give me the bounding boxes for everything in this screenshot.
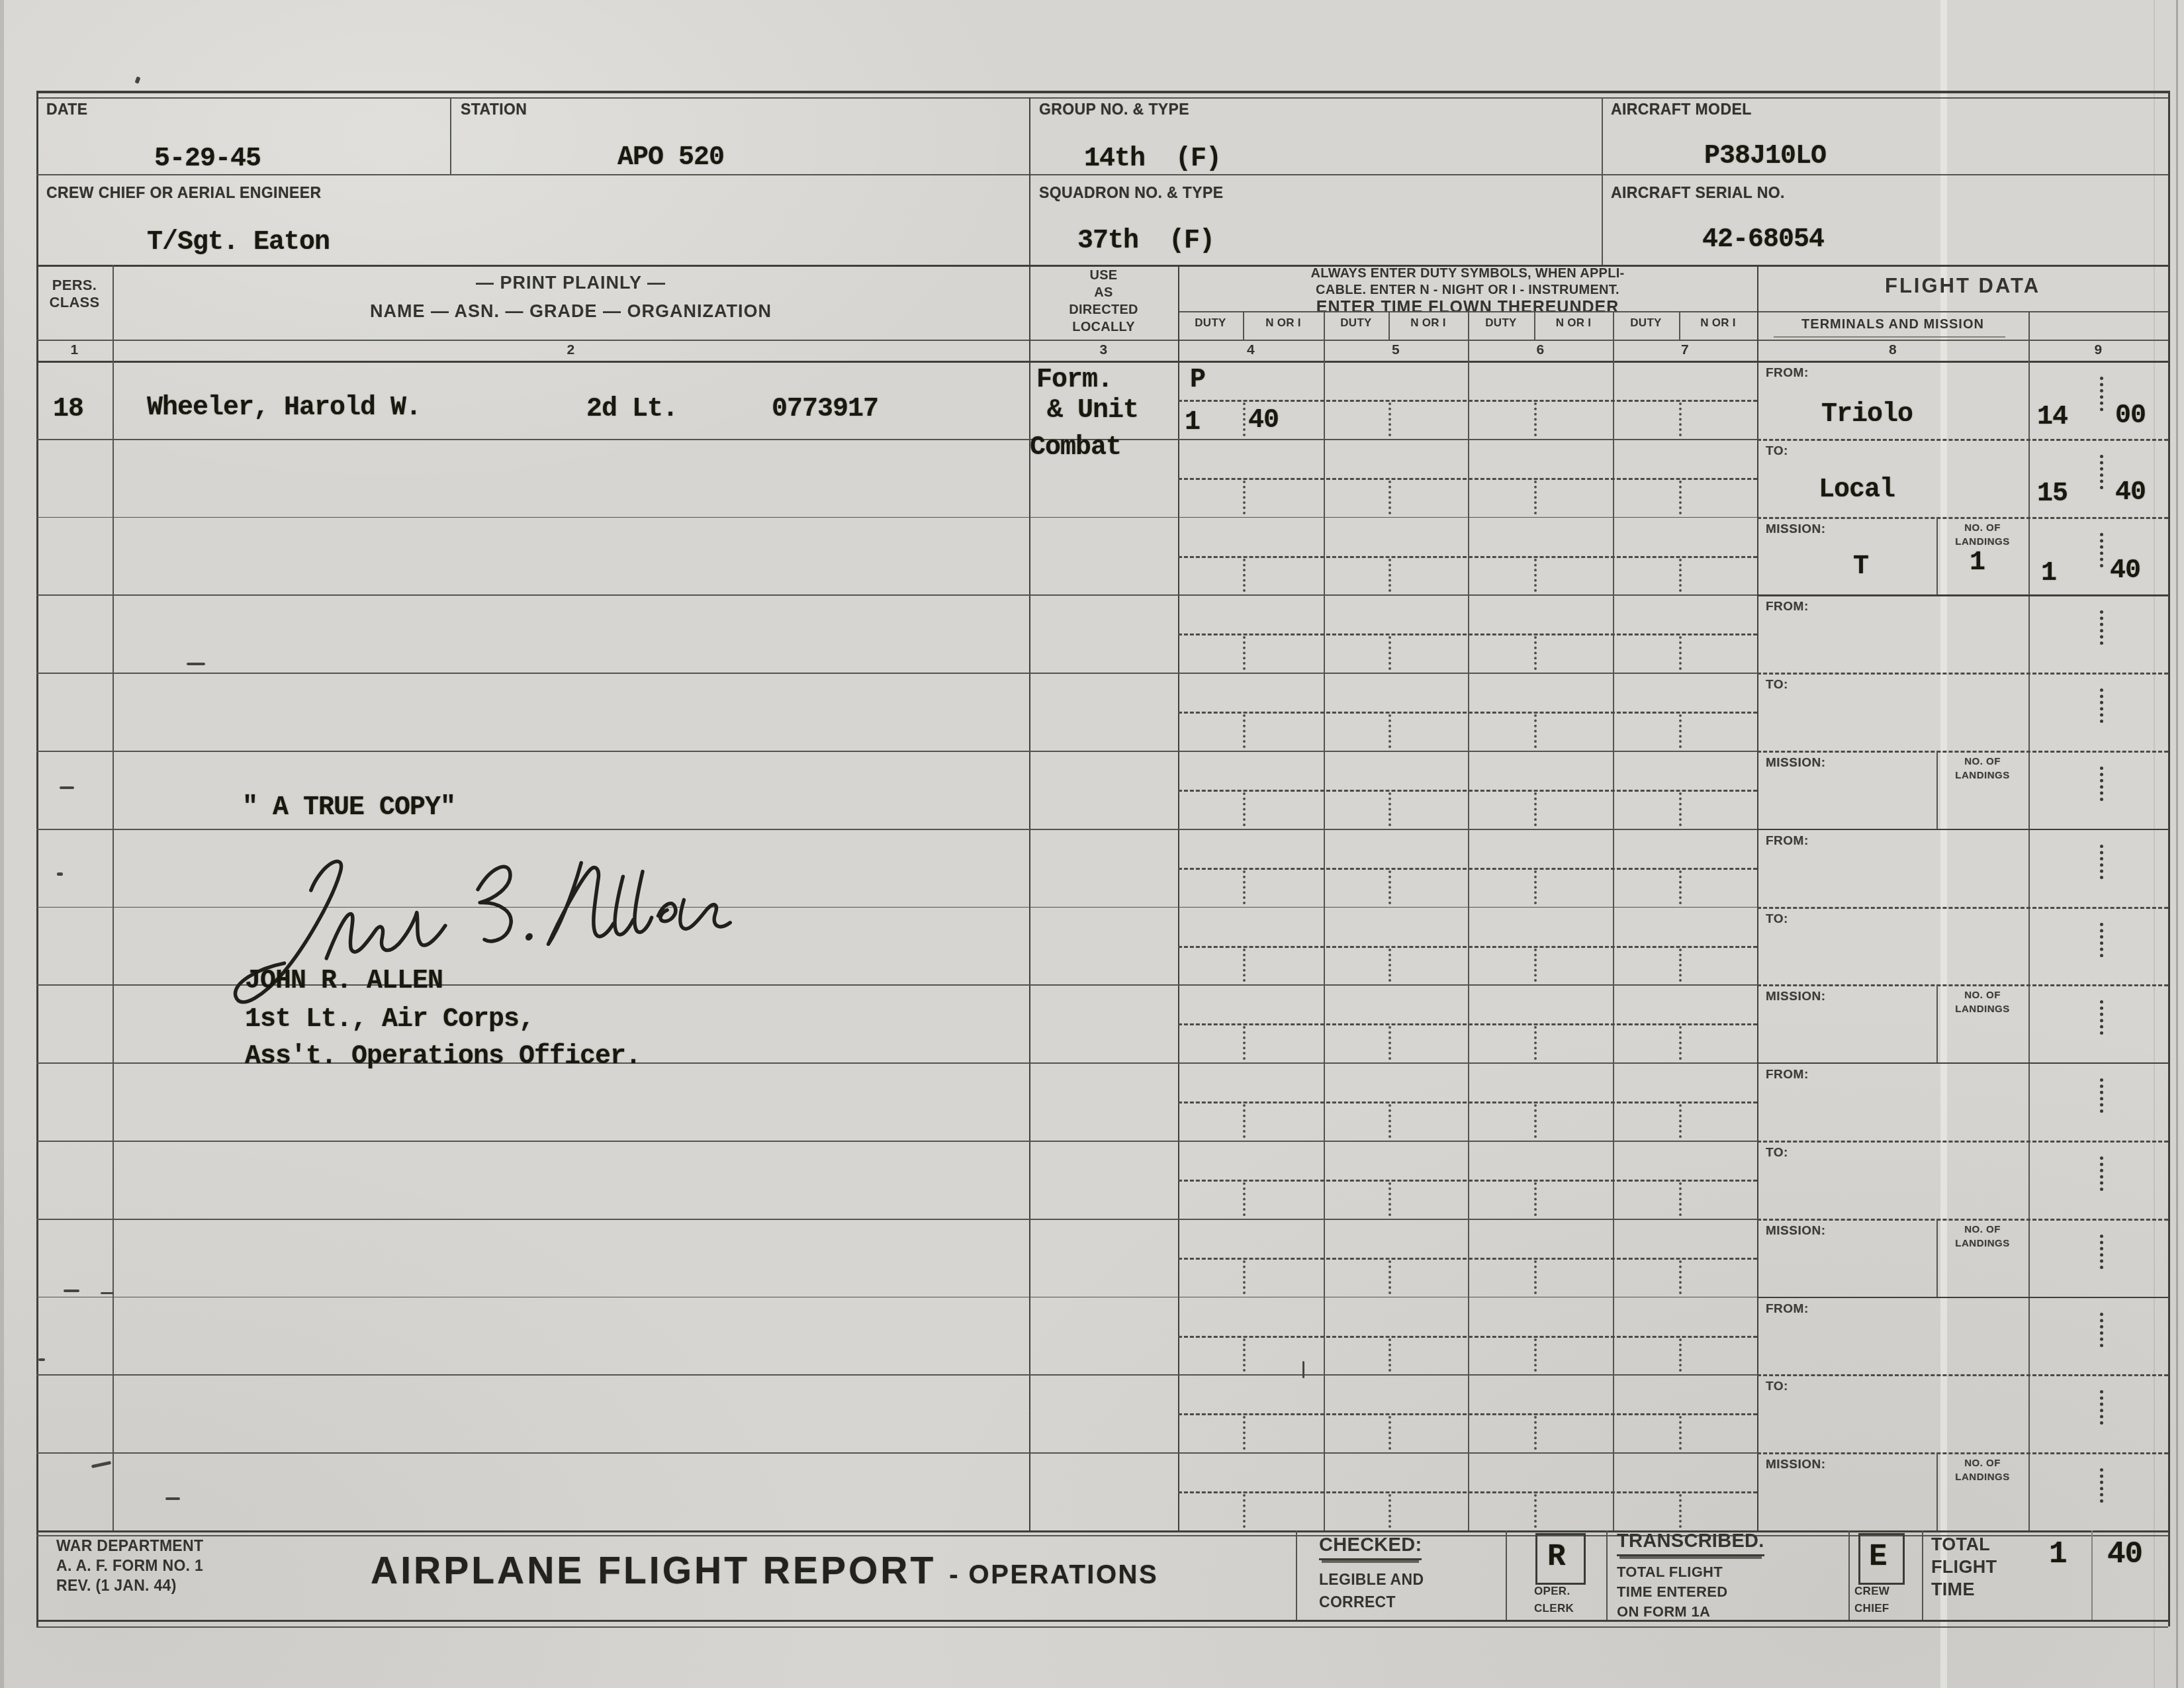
mission-label: MISSION: (1766, 990, 1826, 1004)
dotted-separator (1243, 870, 1246, 904)
stray-mark (165, 1497, 180, 1500)
dotted-separator (1388, 1416, 1391, 1450)
stray-mark (57, 872, 63, 876)
dotted-separator (1243, 949, 1246, 982)
rule-line (36, 517, 1757, 518)
mission-label: MISSION: (1766, 1224, 1826, 1239)
time-colon-dots (2100, 1156, 2103, 1191)
dotted-separator (1243, 559, 1246, 592)
dashed-line (1178, 1491, 1757, 1493)
mission-label: MISSION: (1766, 1458, 1826, 1472)
time-colon-dots (2100, 1078, 2103, 1113)
transcribed-line2: TIME ENTERED (1617, 1583, 1727, 1601)
dotted-separator (1243, 1260, 1246, 1294)
dotted-separator (1534, 1026, 1537, 1060)
dotted-separator (1388, 792, 1391, 826)
rule-line (1029, 97, 1030, 1530)
time-colon-dots (2100, 688, 2103, 723)
stray-mark (101, 1292, 114, 1294)
dotted-separator (1679, 1182, 1682, 1216)
dotted-separator (1679, 949, 1682, 982)
no-of-landings-label: LANDINGS (1936, 536, 2028, 549)
signed-title: Ass't. Operations Officer. (245, 1042, 641, 1072)
rule-line (1243, 311, 1244, 340)
dotted-separator (1388, 481, 1391, 514)
time-colon-dots (2100, 610, 2103, 645)
dotted-separator (1243, 1494, 1246, 1528)
dotted-separator (1679, 559, 1682, 592)
dotted-separator (1388, 559, 1391, 592)
total-minutes: 40 (2107, 1537, 2142, 1571)
to-minutes-entry: 40 (2115, 478, 2146, 508)
to-place-entry: Local (1819, 475, 1895, 505)
dashed-line (1178, 1336, 1757, 1338)
duty-minutes-entry: 40 (1248, 406, 1279, 436)
use-entry-line2: & Unit (1047, 396, 1138, 426)
rule-line (36, 91, 2168, 93)
rule-line (36, 174, 2168, 175)
dotted-separator (1679, 402, 1682, 436)
no-of-landings-label: LANDINGS (1936, 1237, 2028, 1250)
dashed-line (1178, 1023, 1757, 1025)
dotted-separator (1243, 636, 1246, 670)
time-colon-dots (2100, 845, 2103, 879)
time-colon-dots (2100, 1313, 2103, 1347)
time-colon-dots (2100, 377, 2103, 411)
dept-line2: A. A. F. FORM NO. 1 (56, 1557, 203, 1574)
rule-line (36, 91, 38, 1626)
dotted-separator (1679, 1104, 1682, 1138)
signed-rank: 1st Lt., Air Corps, (245, 1005, 534, 1035)
rule-line (2028, 311, 2030, 1530)
dotted-separator (1534, 636, 1537, 670)
time-colon-dots (2100, 923, 2103, 957)
dotted-separator (1534, 481, 1537, 514)
from-minutes-entry: 00 (2115, 401, 2146, 431)
dotted-separator (1534, 559, 1537, 592)
time-colon-dots (2100, 1468, 2103, 1503)
total-flight-label2: FLIGHT (1931, 1557, 1997, 1577)
use-entry-line3: Combat (1030, 433, 1121, 463)
rule-line (36, 829, 1757, 830)
dotted-separator (1679, 1416, 1682, 1450)
dotted-separator (1388, 1104, 1391, 1138)
dotted-separator (1534, 792, 1537, 826)
form-title-text: AIRPLANE FLIGHT REPORT (371, 1550, 936, 1592)
dotted-separator (1388, 402, 1391, 436)
dashed-line (1757, 673, 2168, 675)
rule-line (36, 1626, 2168, 1628)
dashed-line (1178, 868, 1757, 870)
dashed-line (1757, 439, 2168, 441)
dotted-separator (1534, 402, 1537, 436)
rule-line (1468, 311, 1469, 1530)
dashed-line (1178, 400, 1757, 402)
rule-line (1324, 311, 1325, 1530)
dotted-separator (1243, 1338, 1246, 1372)
dotted-separator (1388, 1260, 1391, 1294)
rule-line (1178, 311, 2168, 312)
total-flight-label3: TIME (1931, 1579, 1975, 1600)
checked-line1: LEGIBLE AND (1319, 1571, 1424, 1589)
dotted-separator (1388, 1338, 1391, 1372)
rule-line (36, 1374, 1757, 1376)
to-label: TO: (1766, 1380, 1788, 1394)
crew-chief-line1: CREW (1854, 1585, 1889, 1598)
form-title-suffix: - OPERATIONS (949, 1560, 1158, 1589)
from-label: FROM: (1766, 834, 1809, 849)
rule-line (36, 673, 1757, 674)
from-hours-entry: 14 (2037, 402, 2068, 432)
dotted-separator (1679, 1260, 1682, 1294)
dashed-line (1757, 984, 2168, 986)
rule-line (2091, 1530, 2093, 1620)
dotted-separator (1243, 1026, 1246, 1060)
rule-line (1757, 829, 2168, 830)
mission-hours-entry: 1 (2041, 559, 2056, 588)
dotted-separator (1388, 949, 1391, 982)
total-flight-label1: TOTAL (1931, 1534, 1990, 1555)
dotted-separator (1534, 1416, 1537, 1450)
dotted-separator (1679, 714, 1682, 748)
landings-entry: 1 (1970, 548, 1985, 578)
scanned-flight-report-page: DATE 5-29-45 STATION APO 520 GROUP NO. &… (0, 0, 2184, 1688)
dotted-separator (1388, 870, 1391, 904)
rule-line (1606, 1530, 1608, 1620)
dashed-line (1178, 946, 1757, 948)
dashed-line (1757, 1141, 2168, 1143)
checked-line2: CORRECT (1319, 1593, 1396, 1611)
rule-line (36, 1620, 2168, 1622)
rule-line (36, 1452, 1757, 1454)
dotted-separator (1243, 402, 1246, 436)
to-hours-entry: 15 (2037, 479, 2068, 509)
dashed-line (1178, 556, 1757, 558)
rule-line (1534, 311, 1535, 340)
no-of-landings-label: NO. OF (1936, 1457, 2028, 1470)
dotted-separator (1534, 1494, 1537, 1528)
time-colon-dots (2100, 533, 2103, 567)
dotted-separator (1679, 792, 1682, 826)
form-number-block: WAR DEPARTMENT A. A. F. FORM NO. 1 REV. … (56, 1536, 203, 1595)
dotted-separator (1679, 1026, 1682, 1060)
from-label: FROM: (1766, 1302, 1809, 1317)
dept-line3: REV. (1 JAN. 44) (56, 1577, 177, 1594)
from-label: FROM: (1766, 1068, 1809, 1082)
dotted-separator (1243, 792, 1246, 826)
to-label: TO: (1766, 444, 1788, 459)
mission-symbol-entry: T (1853, 552, 1868, 582)
crew-chief-line2: CHIEF (1854, 1602, 1889, 1615)
rule-line (1757, 1062, 2168, 1064)
pilot-asn: 0773917 (772, 395, 878, 424)
dashed-line (1178, 633, 1757, 635)
rule-line (36, 1219, 1757, 1220)
rule-line (36, 1297, 1757, 1298)
use-entry-line1: Form. (1036, 365, 1113, 395)
dashed-line (1757, 517, 2168, 519)
from-label: FROM: (1766, 600, 1809, 614)
to-label: TO: (1766, 678, 1788, 692)
stray-mark (1302, 1361, 1304, 1378)
dotted-separator (1388, 714, 1391, 748)
time-colon-dots (2100, 1000, 2103, 1035)
dashed-line (1178, 1102, 1757, 1103)
transcribed-line3: ON FORM 1A (1617, 1603, 1710, 1620)
no-of-landings-label: NO. OF (1936, 522, 2028, 535)
rule-line (1296, 1530, 1297, 1620)
transcribed-label-text: TRANSCRIBED. (1617, 1530, 1764, 1556)
mission-minutes-entry: 40 (2110, 556, 2140, 586)
rule-line (36, 361, 2168, 363)
dotted-separator (1534, 1338, 1537, 1372)
rule-line (1757, 594, 2168, 596)
rule-line (1679, 311, 1680, 340)
dotted-separator (1534, 949, 1537, 982)
no-of-landings-label: NO. OF (1936, 755, 2028, 769)
rule-line (1922, 1530, 1923, 1620)
dashed-line (1178, 712, 1757, 714)
dashed-line (1178, 1258, 1757, 1260)
rule-line (36, 1141, 1757, 1142)
rule-line (1613, 311, 1614, 1530)
from-place-entry: Triolo (1821, 400, 1913, 430)
total-hours: 1 (2049, 1537, 2067, 1571)
rule-line (36, 340, 2168, 341)
dotted-separator (1679, 1338, 1682, 1372)
dashed-line (1757, 907, 2168, 909)
oper-clerk-line1: OPER. (1534, 1585, 1570, 1598)
pers-class-value: 18 (53, 395, 83, 424)
transcribed-line1: TOTAL FLIGHT (1617, 1564, 1723, 1581)
dept-line1: WAR DEPARTMENT (56, 1537, 203, 1554)
oper-clerk-initial: R (1547, 1540, 1565, 1574)
oper-clerk-line2: CLERK (1534, 1602, 1574, 1615)
dotted-separator (1679, 636, 1682, 670)
no-of-landings-label: LANDINGS (1936, 1003, 2028, 1016)
duty-symbol-entry: P (1190, 365, 1205, 395)
rule-line (36, 439, 1757, 440)
dashed-line (1178, 1413, 1757, 1415)
rule-line (36, 751, 1757, 752)
rule-line (113, 265, 114, 1530)
to-label: TO: (1766, 1146, 1788, 1160)
dotted-separator (1388, 1494, 1391, 1528)
form-title: AIRPLANE FLIGHT REPORT - OPERATIONS (371, 1549, 1158, 1593)
rule-line (36, 97, 2168, 99)
dashed-line (1757, 1374, 2168, 1376)
to-label: TO: (1766, 912, 1788, 927)
rule-line (450, 97, 451, 174)
no-of-landings-label: LANDINGS (1936, 1471, 2028, 1484)
checked-label-text: CHECKED: (1319, 1534, 1422, 1560)
pilot-grade: 2d Lt. (586, 395, 678, 424)
dashed-line (1178, 790, 1757, 792)
time-colon-dots (2100, 767, 2103, 801)
rule-line (1388, 311, 1390, 340)
no-of-landings-label: LANDINGS (1936, 769, 2028, 782)
dotted-separator (1534, 870, 1537, 904)
dotted-separator (1679, 870, 1682, 904)
pilot-name: Wheeler, Harold W. (147, 393, 421, 423)
time-colon-dots (2100, 1235, 2103, 1269)
rule-line (1848, 1530, 1850, 1620)
dotted-separator (1534, 1182, 1537, 1216)
mission-label: MISSION: (1766, 756, 1826, 771)
crew-chief-initial: E (1869, 1540, 1887, 1574)
dotted-separator (1534, 714, 1537, 748)
dashed-line (1178, 1180, 1757, 1182)
dotted-separator (1679, 481, 1682, 514)
rule-line (1757, 265, 1758, 1530)
rule-line (36, 265, 2168, 267)
from-label: FROM: (1766, 366, 1809, 381)
dashed-line (1757, 751, 2168, 753)
stray-mark (38, 1358, 45, 1361)
dotted-separator (1679, 1494, 1682, 1528)
dashed-line (1757, 1452, 2168, 1454)
dotted-separator (1243, 1182, 1246, 1216)
time-colon-dots (2100, 1390, 2103, 1425)
dashed-line (1178, 478, 1757, 480)
rule-line (1602, 97, 1603, 265)
dotted-separator (1534, 1104, 1537, 1138)
no-of-landings-label: NO. OF (1936, 1223, 2028, 1237)
true-copy-text: " A TRUE COPY" (242, 793, 455, 823)
dotted-separator (1388, 1182, 1391, 1216)
rule-line (1757, 1297, 2168, 1298)
no-of-landings-label: NO. OF (1936, 989, 2028, 1002)
dotted-separator (1243, 1104, 1246, 1138)
rule-line (1178, 265, 1179, 1530)
dashed-line (1757, 1219, 2168, 1221)
rule-line (36, 594, 1757, 596)
mission-label: MISSION: (1766, 522, 1826, 537)
signed-name: JOHN R. ALLEN (245, 966, 443, 996)
dotted-separator (1243, 1416, 1246, 1450)
stray-mark (187, 663, 205, 665)
duty-hours-entry: 1 (1185, 408, 1200, 438)
time-colon-dots (2100, 455, 2103, 489)
rule-line (1506, 1530, 1507, 1620)
stray-mark (64, 1289, 79, 1292)
rule-line (2168, 91, 2170, 1626)
transcribed-label: TRANSCRIBED. (1617, 1530, 1764, 1556)
checked-label: CHECKED: (1319, 1534, 1422, 1560)
dotted-separator (1534, 1260, 1537, 1294)
dotted-separator (1243, 714, 1246, 748)
stray-mark (60, 786, 74, 789)
dotted-separator (1388, 636, 1391, 670)
dotted-separator (1388, 1026, 1391, 1060)
dotted-separator (1243, 481, 1246, 514)
